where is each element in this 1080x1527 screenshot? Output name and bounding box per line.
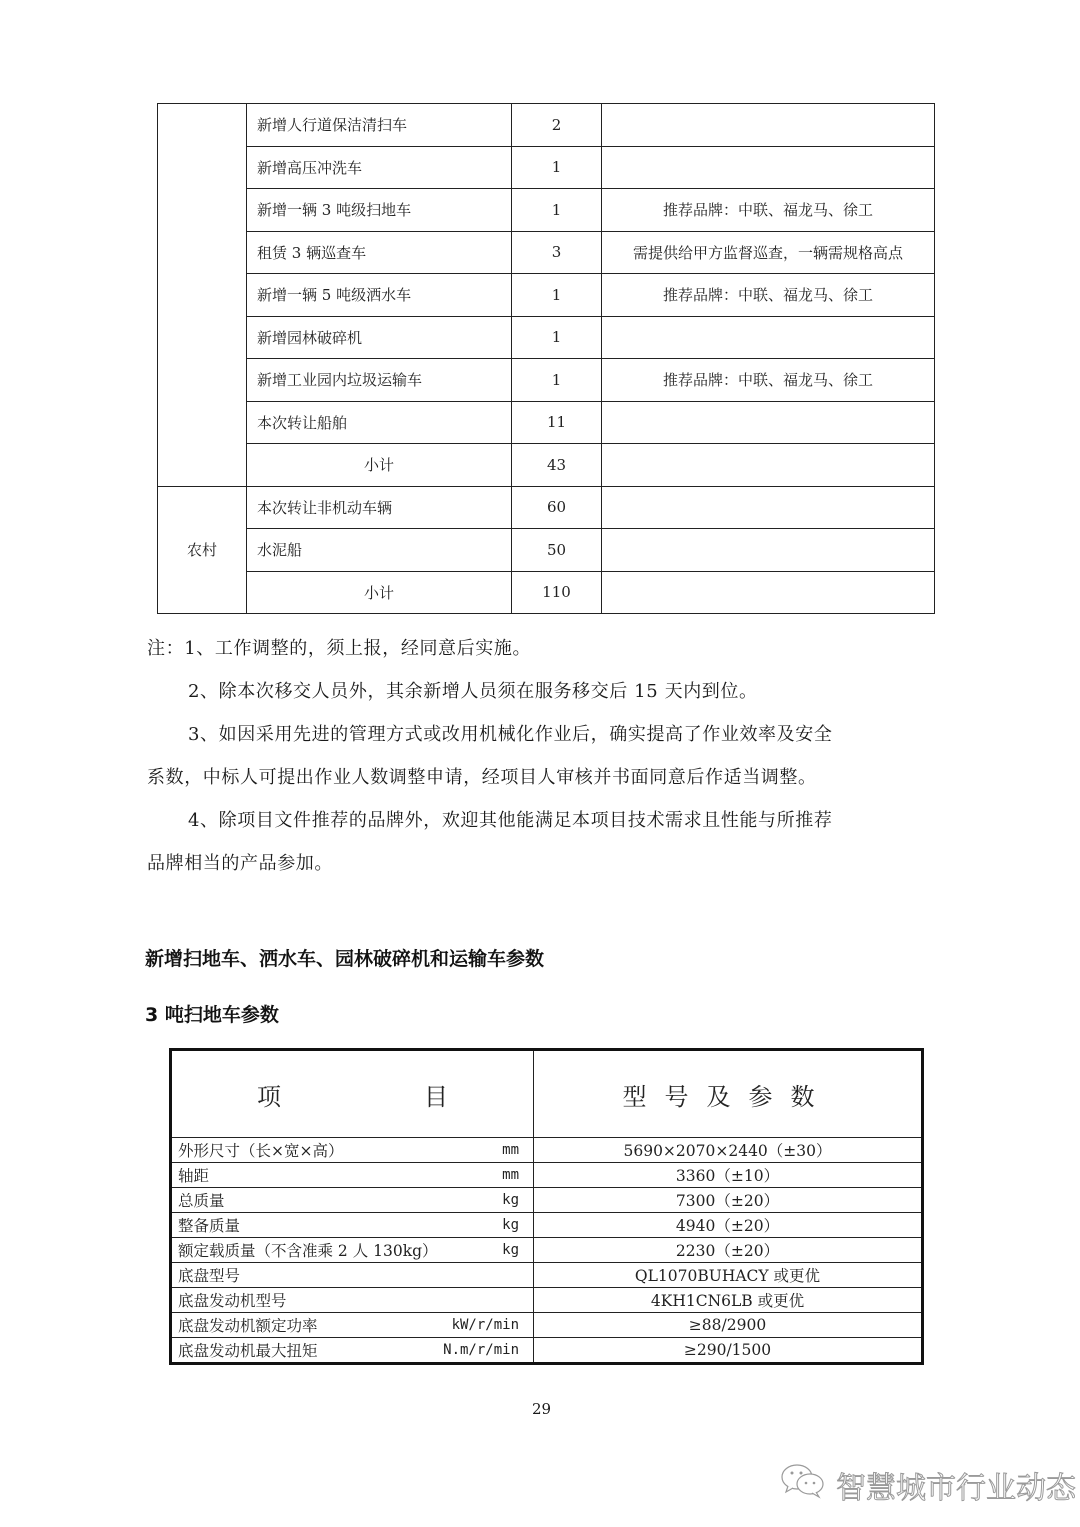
spec-label: 额定载质量（不含准乘 2 人 130kg） — [178, 1242, 438, 1260]
spec-label: 底盘发动机最大扭矩 — [178, 1342, 318, 1360]
vehicle-equipment-table: 新增人行道保洁清扫车 2 新增高压冲洗车 1 新增一辆 3 吨级扫地车 1 推荐… — [157, 103, 935, 614]
table-row: 新增工业园内垃圾运输车 1 推荐品牌：中联、福龙马、徐工 — [158, 359, 935, 402]
spec-value: ≥290/1500 — [534, 1338, 923, 1364]
note-cell — [602, 444, 935, 487]
item-cell: 新增工业园内垃圾运输车 — [247, 359, 512, 402]
note-cell: 推荐品牌：中联、福龙马、徐工 — [602, 189, 935, 232]
spec-value: QL1070BUHACY 或更优 — [534, 1263, 923, 1288]
spec-label: 外形尺寸（长×宽×高） — [178, 1142, 343, 1160]
group-label-rural: 农村 — [158, 486, 247, 614]
item-cell: 新增一辆 5 吨级洒水车 — [247, 274, 512, 317]
table-row: 新增人行道保洁清扫车 2 — [158, 104, 935, 147]
group-cell-empty — [158, 104, 247, 487]
table-row: 新增园林破碎机 1 — [158, 316, 935, 359]
note-line-4-cont: 品牌相当的产品参加。 — [147, 849, 333, 875]
spec-row: 轴距mm 3360（±10） — [171, 1163, 923, 1188]
spec-unit: kW/r/min — [452, 1317, 519, 1333]
item-cell: 本次转让船舶 — [247, 401, 512, 444]
spec-label-cell: 轴距mm — [171, 1163, 534, 1188]
header-spec: 型号及参数 — [534, 1050, 923, 1138]
spec-label-cell: 底盘型号 — [171, 1263, 534, 1288]
subtotal-row: 小计 43 — [158, 444, 935, 487]
table-row: 新增高压冲洗车 1 — [158, 146, 935, 189]
spec-value: 3360（±10） — [534, 1163, 923, 1188]
spec-label-cell: 整备质量kg — [171, 1213, 534, 1238]
note-line-4: 4、除项目文件推荐的品牌外，欢迎其他能满足本项目技术需求且性能与所推荐 — [188, 806, 832, 832]
spec-value: 4KH1CN6LB 或更优 — [534, 1288, 923, 1313]
spec-unit: kg — [502, 1242, 519, 1258]
spec-value: 2230（±20） — [534, 1238, 923, 1263]
qty-cell: 1 — [512, 274, 602, 317]
spec-label-cell: 总质量kg — [171, 1188, 534, 1213]
subtotal-label: 小计 — [247, 444, 512, 487]
table-row: 农村 本次转让非机动车辆 60 — [158, 486, 935, 529]
subtotal-row: 小计 110 — [158, 571, 935, 614]
spec-row: 底盘发动机额定功率kW/r/min ≥88/2900 — [171, 1313, 923, 1338]
qty-cell: 1 — [512, 316, 602, 359]
spec-label-cell: 额定载质量（不含准乘 2 人 130kg）kg — [171, 1238, 534, 1263]
qty-cell: 2 — [512, 104, 602, 147]
header-item: 项 目 — [171, 1050, 534, 1138]
spec-value: 4940（±20） — [534, 1213, 923, 1238]
watermark-text: 智慧城市行业动态 — [836, 1463, 1076, 1507]
qty-cell: 11 — [512, 401, 602, 444]
spec-label: 底盘型号 — [178, 1267, 240, 1285]
qty-cell: 50 — [512, 529, 602, 572]
sub-heading: 3 吨扫地车参数 — [145, 1000, 279, 1027]
section-heading: 新增扫地车、洒水车、园林破碎机和运输车参数 — [145, 944, 544, 971]
item-cell: 租赁 3 辆巡查车 — [247, 231, 512, 274]
qty-cell: 3 — [512, 231, 602, 274]
note-line-1: 注：1、工作调整的，须上报，经同意后实施。 — [147, 634, 531, 660]
item-cell: 新增园林破碎机 — [247, 316, 512, 359]
note-line-2: 2、除本次移交人员外，其余新增人员须在服务移交后 15 天内到位。 — [188, 677, 758, 703]
item-cell: 新增一辆 3 吨级扫地车 — [247, 189, 512, 232]
item-cell: 水泥船 — [247, 529, 512, 572]
note-cell — [602, 146, 935, 189]
spec-unit: N.m/r/min — [443, 1342, 519, 1358]
item-cell: 本次转让非机动车辆 — [247, 486, 512, 529]
spec-value: 7300（±20） — [534, 1188, 923, 1213]
note-cell — [602, 571, 935, 614]
header-item-b: 目 — [424, 1077, 448, 1112]
spec-row: 整备质量kg 4940（±20） — [171, 1213, 923, 1238]
spec-unit: kg — [502, 1217, 519, 1233]
spec-label-cell: 底盘发动机型号 — [171, 1288, 534, 1313]
spec-label-cell: 底盘发动机最大扭矩N.m/r/min — [171, 1338, 534, 1364]
spec-label-cell: 外形尺寸（长×宽×高）mm — [171, 1138, 534, 1163]
spec-label: 整备质量 — [178, 1217, 240, 1235]
item-cell: 新增人行道保洁清扫车 — [247, 104, 512, 147]
spec-unit: kg — [502, 1192, 519, 1208]
table-row: 新增一辆 3 吨级扫地车 1 推荐品牌：中联、福龙马、徐工 — [158, 189, 935, 232]
spec-row: 底盘发动机型号 4KH1CN6LB 或更优 — [171, 1288, 923, 1313]
spec-row: 总质量kg 7300（±20） — [171, 1188, 923, 1213]
sweeper-spec-table: 项 目 型号及参数 外形尺寸（长×宽×高）mm 5690×2070×2440（±… — [169, 1048, 924, 1365]
spec-value: 5690×2070×2440（±30） — [534, 1138, 923, 1163]
note-cell — [602, 529, 935, 572]
subtotal-label: 小计 — [247, 571, 512, 614]
watermark: 智慧城市行业动态 — [780, 1462, 1076, 1508]
spec-label: 轴距 — [178, 1167, 209, 1185]
note-cell: 推荐品牌：中联、福龙马、徐工 — [602, 359, 935, 402]
spec-value: ≥88/2900 — [534, 1313, 923, 1338]
table-row: 新增一辆 5 吨级洒水车 1 推荐品牌：中联、福龙马、徐工 — [158, 274, 935, 317]
note-line-3-cont: 系数，中标人可提出作业人数调整申请，经项目人审核并书面同意后作适当调整。 — [147, 763, 817, 789]
note-line-3: 3、如因采用先进的管理方式或改用机械化作业后，确实提高了作业效率及安全 — [188, 720, 832, 746]
wechat-icon — [780, 1462, 826, 1508]
spec-unit: mm — [502, 1167, 519, 1183]
spec-unit: mm — [502, 1142, 519, 1158]
table-row: 租赁 3 辆巡查车 3 需提供给甲方监督巡查，一辆需规格高点 — [158, 231, 935, 274]
note-cell — [602, 486, 935, 529]
spec-row: 额定载质量（不含准乘 2 人 130kg）kg 2230（±20） — [171, 1238, 923, 1263]
note-cell — [602, 104, 935, 147]
table-header-row: 项 目 型号及参数 — [171, 1050, 923, 1138]
qty-cell: 60 — [512, 486, 602, 529]
spec-label: 底盘发动机额定功率 — [178, 1317, 318, 1335]
table-row: 水泥船 50 — [158, 529, 935, 572]
qty-cell: 1 — [512, 146, 602, 189]
subtotal-qty: 110 — [512, 571, 602, 614]
header-item-a: 项 — [257, 1077, 281, 1112]
spec-row: 底盘型号 QL1070BUHACY 或更优 — [171, 1263, 923, 1288]
item-cell: 新增高压冲洗车 — [247, 146, 512, 189]
table-row: 本次转让船舶 11 — [158, 401, 935, 444]
spec-label: 总质量 — [178, 1192, 225, 1210]
subtotal-qty: 43 — [512, 444, 602, 487]
note-cell — [602, 316, 935, 359]
qty-cell: 1 — [512, 189, 602, 232]
note-cell: 需提供给甲方监督巡查，一辆需规格高点 — [602, 231, 935, 274]
spec-row: 外形尺寸（长×宽×高）mm 5690×2070×2440（±30） — [171, 1138, 923, 1163]
spec-row: 底盘发动机最大扭矩N.m/r/min ≥290/1500 — [171, 1338, 923, 1364]
spec-label: 底盘发动机型号 — [178, 1292, 287, 1310]
note-cell: 推荐品牌：中联、福龙马、徐工 — [602, 274, 935, 317]
note-cell — [602, 401, 935, 444]
spec-label-cell: 底盘发动机额定功率kW/r/min — [171, 1313, 534, 1338]
page-number: 29 — [532, 1400, 551, 1418]
qty-cell: 1 — [512, 359, 602, 402]
